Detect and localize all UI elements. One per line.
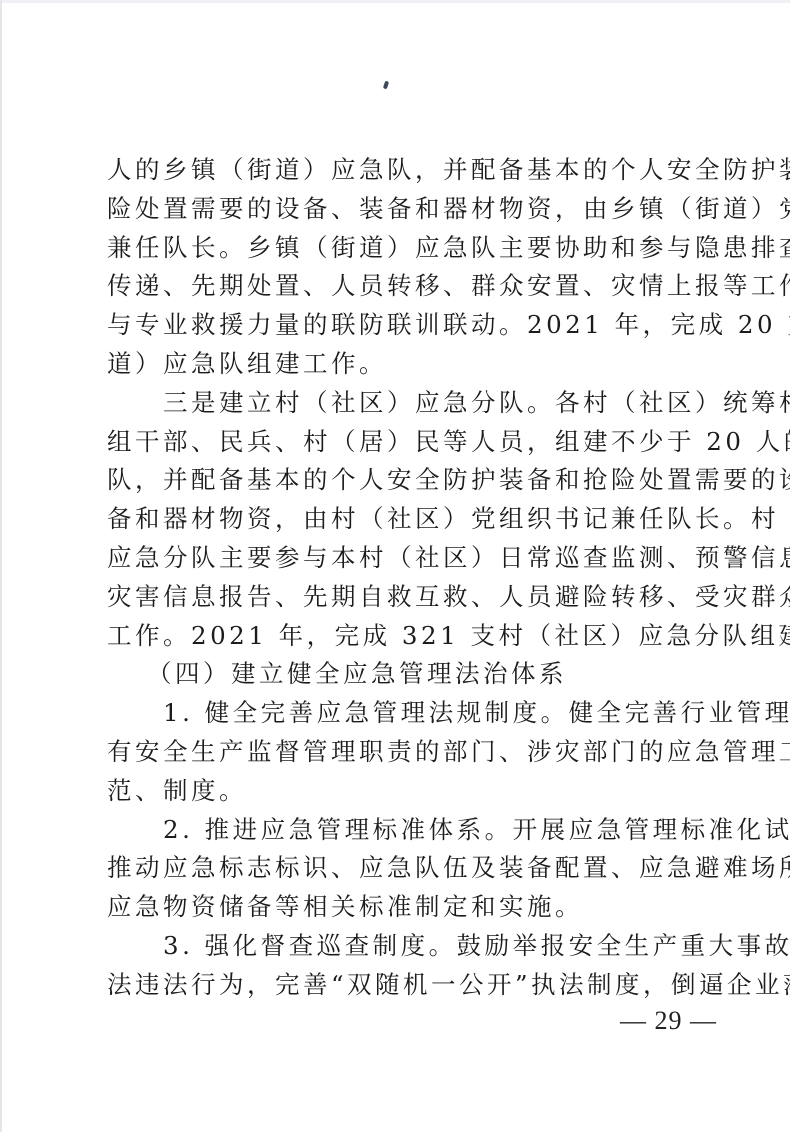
section-heading: （四）建立健全应急管理法治体系	[107, 655, 699, 694]
text-line: 传递、先期处置、人员转移、群众安置、灾情上报等工作，加强	[107, 267, 699, 306]
text-line: 人的乡镇（街道）应急队，并配备基本的个人安全防护装备和抢	[107, 151, 699, 190]
list-item-legal-system: 1. 健全完善应急管理法规制度。健全完善行业管理部门、负 有安全生产监督管理职责…	[107, 694, 699, 810]
text-line: 范、制度。	[107, 772, 699, 811]
ink-mark	[383, 81, 389, 90]
document-page: 人的乡镇（街道）应急队，并配备基本的个人安全防护装备和抢 险处置需要的设备、装备…	[0, 0, 790, 1132]
paragraph-township-team: 人的乡镇（街道）应急队，并配备基本的个人安全防护装备和抢 险处置需要的设备、装备…	[107, 151, 699, 384]
text-line: 应急分队主要参与本村（社区）日常巡查监测、预警信息传递、	[107, 539, 699, 578]
text-line: 工作。2021 年，完成 321 支村（社区）应急分队组建工作。	[107, 617, 699, 656]
text-line: 2. 推进应急管理标准体系。开展应急管理标准化试点工作，	[107, 811, 699, 850]
text-line: 道）应急队组建工作。	[107, 345, 699, 384]
text-line: 法违法行为，完善“双随机一公开”执法制度，倒逼企业落实安	[107, 966, 699, 1005]
section-heading-text: （四）建立健全应急管理法治体系	[107, 655, 699, 694]
text-line: 组干部、民兵、村（居）民等人员，组建不少于 20 人的应急分	[107, 423, 699, 462]
text-line: 与专业救援力量的联防联训联动。2021 年，完成 20 支乡镇（街	[107, 306, 699, 345]
paragraph-village-team: 三是建立村（社区）应急分队。各村（社区）统筹村（社区） 组干部、民兵、村（居）民…	[107, 384, 699, 656]
text-line: 1. 健全完善应急管理法规制度。健全完善行业管理部门、负	[107, 694, 699, 733]
text-line: 3. 强化督查巡查制度。鼓励举报安全生产重大事故隐患和非	[107, 927, 699, 966]
text-line: 推动应急标志标识、应急队伍及装备配置、应急避难场所建设、	[107, 849, 699, 888]
text-line: 应急物资储备等相关标准制定和实施。	[107, 888, 699, 927]
text-line: 队，并配备基本的个人安全防护装备和抢险处置需要的设备、装	[107, 461, 699, 500]
body-text: 人的乡镇（街道）应急队，并配备基本的个人安全防护装备和抢 险处置需要的设备、装备…	[107, 151, 699, 1005]
list-item-inspection: 3. 强化督查巡查制度。鼓励举报安全生产重大事故隐患和非 法违法行为，完善“双随…	[107, 927, 699, 1005]
page-number: — 29 —	[620, 1006, 717, 1036]
text-line: 险处置需要的设备、装备和器材物资，由乡镇（街道）党政领导	[107, 190, 699, 229]
text-line: 灾害信息报告、先期自救互救、人员避险转移、受灾群众安置等	[107, 578, 699, 617]
text-line: 备和器材物资，由村（社区）党组织书记兼任队长。村（社区）	[107, 500, 699, 539]
scan-top-edge	[2, 0, 790, 3]
text-line: 三是建立村（社区）应急分队。各村（社区）统筹村（社区）	[107, 384, 699, 423]
text-line: 兼任队长。乡镇（街道）应急队主要协助和参与隐患排查、预警	[107, 229, 699, 268]
list-item-standards: 2. 推进应急管理标准体系。开展应急管理标准化试点工作， 推动应急标志标识、应急…	[107, 811, 699, 927]
text-line: 有安全生产监督管理职责的部门、涉灾部门的应急管理工作规	[107, 733, 699, 772]
